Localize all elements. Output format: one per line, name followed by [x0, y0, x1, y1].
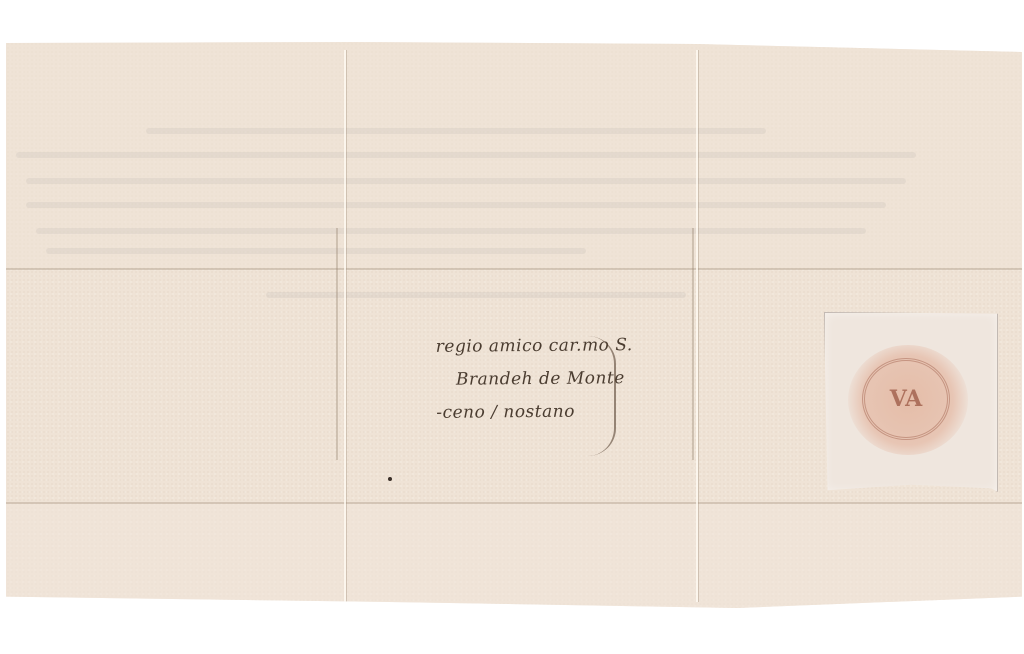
bleed-through-line: [26, 178, 906, 184]
seal-monogram: VA: [890, 386, 922, 412]
ink-speck: [388, 477, 392, 481]
vertical-fold: [696, 50, 698, 602]
seal-impression: VA: [862, 358, 950, 440]
lower-fold-panel: [6, 502, 1022, 608]
bleed-through-line: [16, 152, 916, 158]
bleed-through-line: [26, 202, 886, 208]
horizontal-fold: [6, 502, 1022, 504]
bleed-through-line: [146, 128, 766, 134]
ink-flourish: [588, 336, 616, 456]
